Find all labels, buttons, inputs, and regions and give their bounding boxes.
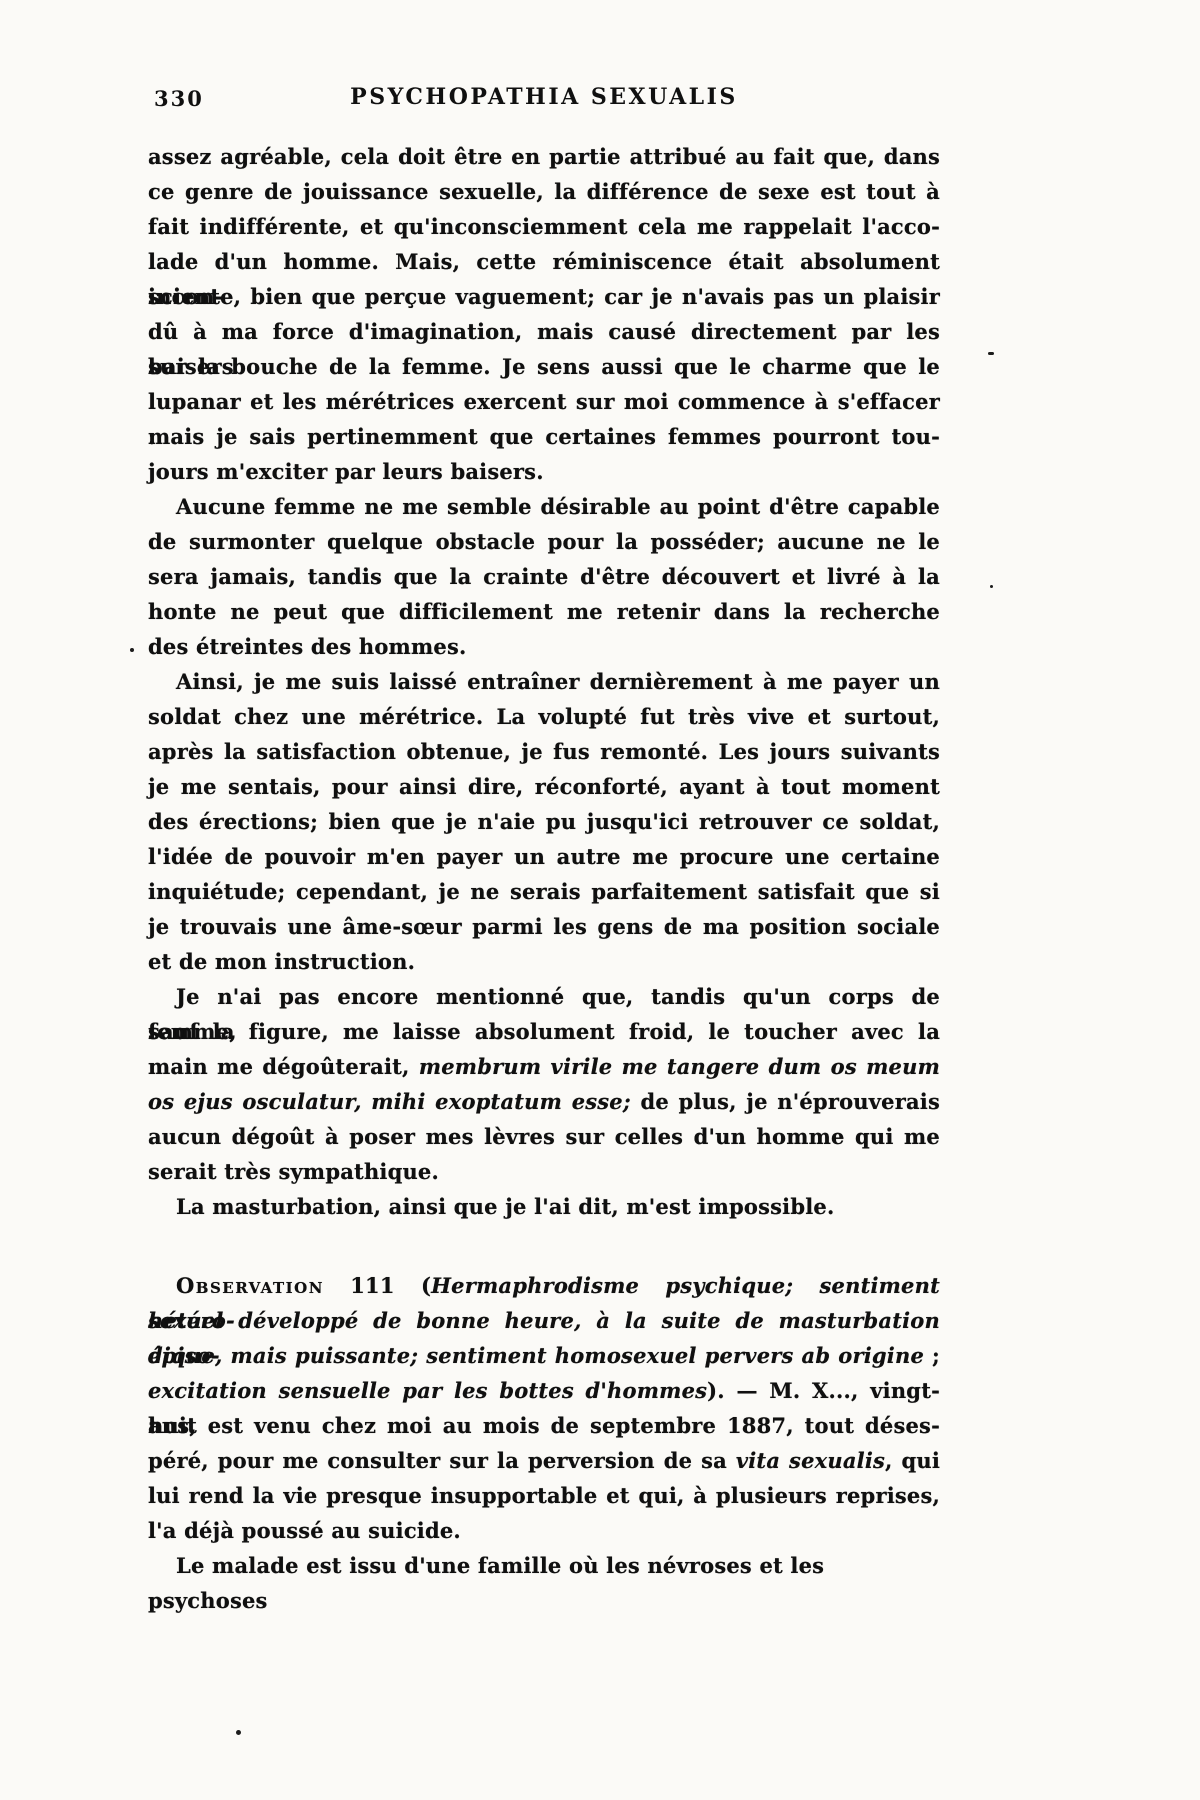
text-block: assez agréable, cela doit être en partie… <box>148 139 940 1583</box>
paragraph: Le malade est issu d'une famille où les … <box>148 1548 940 1583</box>
paragraph: Aucune femme ne me semble désirable au p… <box>148 489 940 664</box>
scan-speck <box>988 352 994 355</box>
text-line: main me dégoûterait, membrum virile me t… <box>148 1049 940 1084</box>
text-line: excitation sensuelle par les bottes d'ho… <box>148 1373 940 1408</box>
text-line: je trouvais une âme-sœur parmi les gens … <box>148 909 940 944</box>
text-line: après la satisfaction obtenue, je fus re… <box>148 734 940 769</box>
text-line: sera jamais, tandis que la crainte d'êtr… <box>148 559 940 594</box>
paragraph: La masturbation, ainsi que je l'ai dit, … <box>148 1189 940 1224</box>
book-page: 330 PSYCHOPATHIA SEXUALIS assez agréable… <box>0 0 1200 1800</box>
text-line: assez agréable, cela doit être en partie… <box>148 139 940 174</box>
text-line: dû à ma force d'imagination, mais causé … <box>148 314 940 349</box>
text-line: des érections; bien que je n'aie pu jusq… <box>148 804 940 839</box>
text-line: l'a déjà poussé au suicide. <box>148 1513 940 1548</box>
paragraph: Ainsi, je me suis laissé entraîner derni… <box>148 664 940 979</box>
scan-speck <box>236 1730 241 1735</box>
text-line: aucun dégoût à poser mes lèvres sur cell… <box>148 1119 940 1154</box>
text-line: inquiétude; cependant, je ne serais parf… <box>148 874 940 909</box>
text-line: lupanar et les mérétrices exercent sur m… <box>148 384 940 419</box>
text-line: soldat chez une mérétrice. La volupté fu… <box>148 699 940 734</box>
text-line: je me sentais, pour ainsi dire, réconfor… <box>148 769 940 804</box>
text-line: et de mon instruction. <box>148 944 940 979</box>
text-line: serait très sympathique. <box>148 1154 940 1189</box>
text-line: sexuel développé de bonne heure, à la su… <box>148 1303 940 1338</box>
text-line: jours m'exciter par leurs baisers. <box>148 454 940 489</box>
text-line: fait indifférente, et qu'inconsciemment … <box>148 209 940 244</box>
text-line: l'idée de pouvoir m'en payer un autre me… <box>148 839 940 874</box>
running-title: PSYCHOPATHIA SEXUALIS <box>148 84 940 111</box>
text-line: dique, mais puissante; sentiment homosex… <box>148 1338 940 1373</box>
text-line: mais je sais pertinemment que certaines … <box>148 419 940 454</box>
paragraph: Observation 111 (Hermaphrodisme psychiqu… <box>148 1268 940 1548</box>
text-line: ans, est venu chez moi au mois de septem… <box>148 1408 940 1443</box>
text-line: Observation 111 (Hermaphrodisme psychiqu… <box>148 1268 940 1303</box>
paragraph: assez agréable, cela doit être en partie… <box>148 139 940 489</box>
text-line: des étreintes des hommes. <box>148 629 940 664</box>
page-header: 330 PSYCHOPATHIA SEXUALIS <box>148 84 940 116</box>
text-line: sciente, bien que perçue vaguement; car … <box>148 279 940 314</box>
scan-speck <box>130 648 134 652</box>
text-line: sauf la figure, me laisse absolument fro… <box>148 1014 940 1049</box>
paragraph: Je n'ai pas encore mentionné que, tandis… <box>148 979 940 1189</box>
text-line: Aucune femme ne me semble désirable au p… <box>148 489 940 524</box>
text-line: sur la bouche de la femme. Je sens aussi… <box>148 349 940 384</box>
text-line: péré, pour me consulter sur la perversio… <box>148 1443 940 1478</box>
text-line: Je n'ai pas encore mentionné que, tandis… <box>148 979 940 1014</box>
text-line: honte ne peut que difficilement me reten… <box>148 594 940 629</box>
text-line: ce genre de jouissance sexuelle, la diff… <box>148 174 940 209</box>
text-line: Le malade est issu d'une famille où les … <box>148 1548 940 1583</box>
text-line: La masturbation, ainsi que je l'ai dit, … <box>148 1189 940 1224</box>
text-line: lui rend la vie presque insupportable et… <box>148 1478 940 1513</box>
text-line: de surmonter quelque obstacle pour la po… <box>148 524 940 559</box>
text-line: os ejus osculatur, mihi exoptatum esse; … <box>148 1084 940 1119</box>
text-line: lade d'un homme. Mais, cette réminiscenc… <box>148 244 940 279</box>
text-line: Ainsi, je me suis laissé entraîner derni… <box>148 664 940 699</box>
scan-speck <box>990 585 993 588</box>
